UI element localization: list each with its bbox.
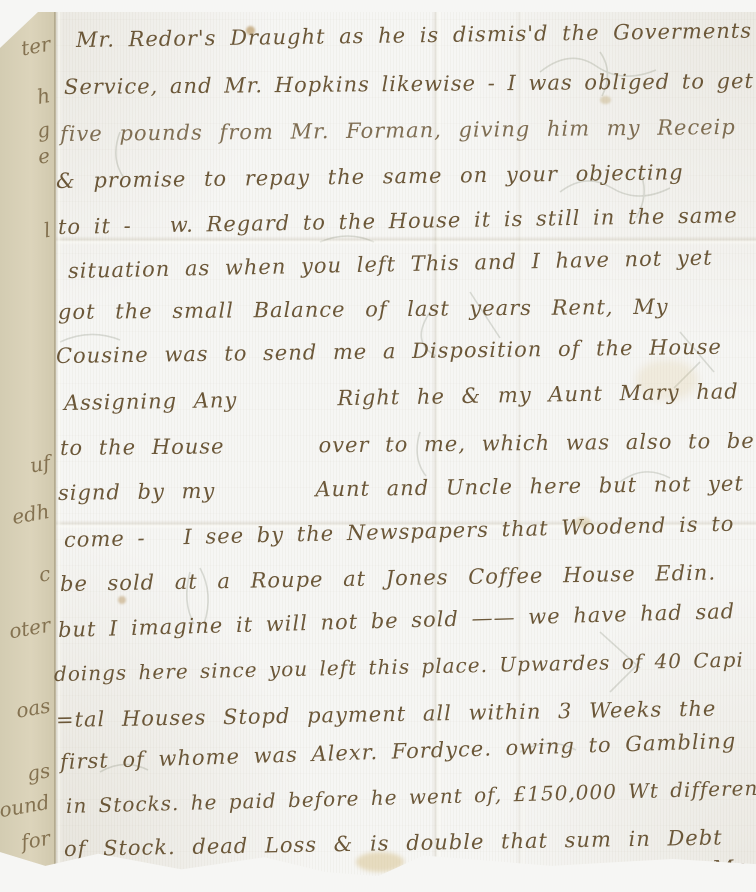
letter-line: doings here since you left this place. U… — [54, 648, 744, 686]
letter-line: Service, and Mr. Hopkins likewise - I wa… — [64, 69, 754, 99]
catchword: Mr — [712, 855, 744, 880]
letter-page: ter h g e l uf edh c oter oas gs ound fo… — [0, 12, 756, 878]
letter-line: & promise to repay the same on your obje… — [56, 160, 684, 193]
letter-line: Mr. Redor's Draught as he is dismis'd th… — [76, 19, 752, 52]
letter-line: Assigning Any Right he & my Aunt Mary ha… — [64, 379, 739, 415]
scan-background: ter h g e l uf edh c oter oas gs ound fo… — [0, 0, 756, 892]
letter-line: to the House over to me, which was also … — [60, 429, 755, 460]
letter-line: come - I see by the Newspapers that Wood… — [64, 512, 735, 552]
letter-line: got the small Balance of last years Rent… — [58, 295, 669, 324]
letter-body: Mr. Redor's Draught as he is dismis'd th… — [0, 12, 756, 878]
letter-line: =tal Houses Stopd payment all within 3 W… — [56, 696, 717, 732]
letter-line: but I imagine it will not be sold —— we … — [58, 599, 736, 642]
letter-line: be sold at a Roupe at Jones Coffee House… — [60, 561, 716, 596]
letter-line: signd by my Aunt and Uncle here but not … — [58, 471, 744, 505]
letter-line: of Stock. dead Loss & is double that sum… — [64, 826, 723, 861]
letter-line: in Stocks. he paid before he went of, £1… — [66, 776, 756, 818]
letter-line: Cousine was to send me a Disposition of … — [56, 335, 722, 368]
letter-line: first of whome was Alexr. Fordyce. owing… — [60, 729, 737, 774]
letter-line: situation as when you left This and I ha… — [68, 246, 713, 283]
letter-line: to it - w. Regard to the House it is sti… — [58, 203, 738, 239]
letter-line: five pounds from Mr. Forman, giving him … — [60, 115, 736, 146]
